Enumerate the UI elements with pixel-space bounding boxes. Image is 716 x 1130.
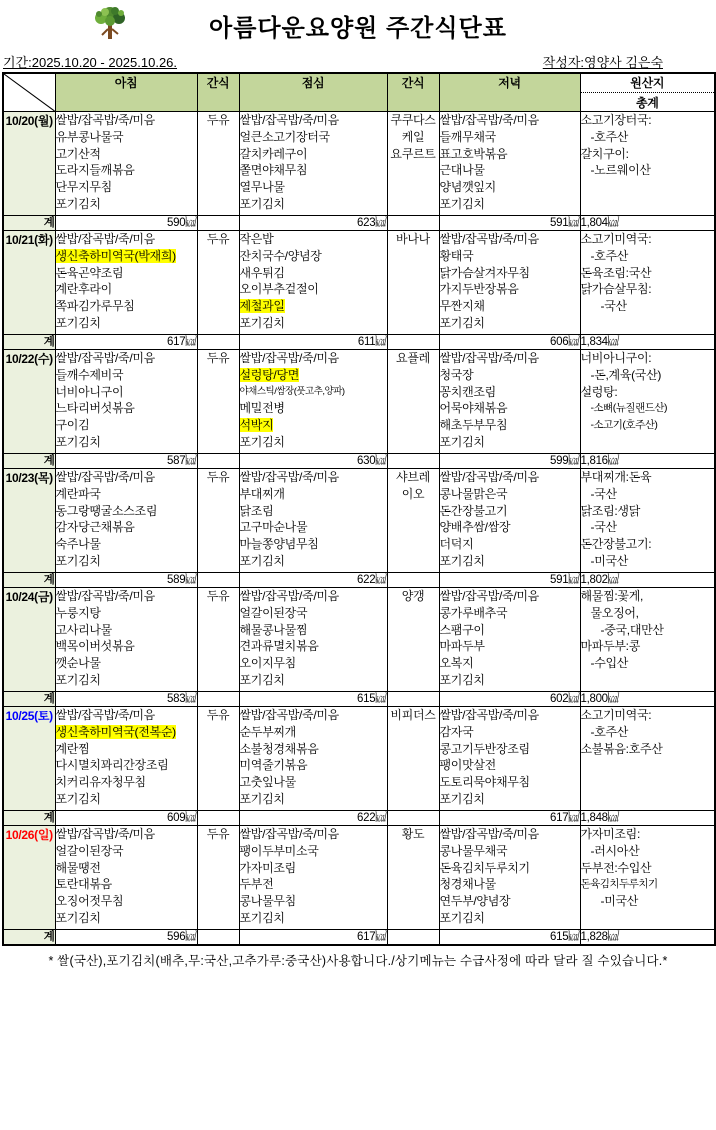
- dinner-item: 돈간장불고기: [440, 503, 580, 520]
- lunch-cell: 작은밥잔치국수/양념장새우튀김오이부추겉절이제철과일포기김치: [239, 231, 387, 335]
- empty-cell: [387, 335, 439, 350]
- snack-am-item: 두유: [198, 112, 239, 129]
- snack-am-cell: 두유: [197, 826, 239, 930]
- lunch-item: 닭조림: [240, 503, 387, 520]
- total-kcal: 1,848㎉: [580, 811, 715, 826]
- date-cell: 10/26(일): [3, 826, 55, 930]
- lunch-item: 포기김치: [240, 553, 387, 570]
- lunch-item: 쌀밥/잡곡밥/죽/미음: [240, 350, 387, 367]
- date-cell: 10/25(토): [3, 707, 55, 811]
- origin-item: -국산: [581, 519, 715, 536]
- origin-cell: 가자미조림:-러시아산두부전:수입산돈육김치두루치기-미국산: [580, 826, 715, 930]
- breakfast-item: 해물땡전: [56, 860, 197, 877]
- sum-row-10/22(수): 계587㎉630㎉599㎉1,816㎉: [3, 454, 715, 469]
- dinner-item: 더덕지: [440, 536, 580, 553]
- breakfast-kcal: 617㎉: [55, 335, 197, 350]
- origin-item: -호주산: [581, 248, 715, 265]
- breakfast-item: 고사리나물: [56, 622, 197, 639]
- breakfast-item: 쌀밥/잡곡밥/죽/미음: [56, 350, 197, 367]
- origin-item: 닭가슴살무침:: [581, 281, 715, 298]
- empty-cell: [197, 454, 239, 469]
- snack-pm-item: 양갱: [388, 588, 439, 605]
- breakfast-kcal: 589㎉: [55, 573, 197, 588]
- snack-am-item: 두유: [198, 350, 239, 367]
- lunch-item: 고구마순나물: [240, 519, 387, 536]
- dinner-item: 쌀밥/잡곡밥/죽/미음: [440, 231, 580, 248]
- origin-item: 물오징어,: [581, 605, 715, 622]
- breakfast-item: 단무지무침: [56, 179, 197, 196]
- dinner-item: 콩가루배추국: [440, 605, 580, 622]
- lunch-item: 포기김치: [240, 672, 387, 689]
- empty-cell: [197, 216, 239, 231]
- breakfast-item: 얼갈이된장국: [56, 843, 197, 860]
- dinner-item: 오복지: [440, 655, 580, 672]
- meal-plan-page: 아름다운요양원 주간식단표 기간:2025.10.20 - 2025.10.26…: [0, 0, 716, 1130]
- lunch-item: 콩나물무침: [240, 893, 387, 910]
- origin-item: -소고기(호주산): [581, 417, 715, 434]
- dinner-cell: 쌀밥/잡곡밥/죽/미음들깨무채국표고호박볶음근대나물양념깻잎지포기김치: [439, 112, 580, 216]
- lunch-item: 야채스틱/쌈장(풋고추,양파): [240, 384, 387, 401]
- day-row-10/25(토): 10/25(토)쌀밥/잡곡밥/죽/미음생신축하미역국(전복순)계란찜다시멸치꽈리…: [3, 707, 715, 811]
- dinner-item: 스팸구이: [440, 622, 580, 639]
- lunch-item: 팽이두부미소국: [240, 843, 387, 860]
- dinner-cell: 쌀밥/잡곡밥/죽/미음콩나물무채국돈육김치두루치기청경채나물연두부/양념장포기김…: [439, 826, 580, 930]
- breakfast-item: 포기김치: [56, 315, 197, 332]
- lunch-item: 오이지무침: [240, 655, 387, 672]
- origin-header-label: 원산지: [581, 74, 715, 93]
- origin-item: 설렁탕:: [581, 384, 715, 401]
- origin-item: 두부전:수입산: [581, 860, 715, 877]
- column-header-breakfast: 아침: [55, 73, 197, 112]
- dinner-item: 쌀밥/잡곡밥/죽/미음: [440, 707, 580, 724]
- empty-cell: [387, 573, 439, 588]
- dinner-item: 들깨무채국: [440, 129, 580, 146]
- breakfast-item: 유부콩나물국: [56, 129, 197, 146]
- column-header-snack-pm: 간식: [387, 73, 439, 112]
- column-header-dinner: 저녁: [439, 73, 580, 112]
- breakfast-kcal: 609㎉: [55, 811, 197, 826]
- dinner-item: 포기김치: [440, 315, 580, 332]
- breakfast-item: 도라지들깨볶음: [56, 162, 197, 179]
- lunch-item: 열무나물: [240, 179, 387, 196]
- origin-item: -소뼈(뉴질랜드산): [581, 400, 715, 417]
- breakfast-item: 토란대볶음: [56, 876, 197, 893]
- dinner-item: 표고호박볶음: [440, 146, 580, 163]
- dinner-item: 콩고기두반장조림: [440, 741, 580, 758]
- origin-cell: 부대찌개:돈육-국산닭조림:생닭-국산돈간장불고기:-미국산: [580, 469, 715, 573]
- origin-item: -국산: [581, 298, 715, 315]
- sum-row-10/24(금): 계583㎉615㎉602㎉1,800㎉: [3, 692, 715, 707]
- dinner-kcal: 617㎉: [439, 811, 580, 826]
- sum-label: 계: [3, 335, 55, 350]
- breakfast-item: 다시멸치꽈리간장조림: [56, 757, 197, 774]
- dinner-kcal: 602㎉: [439, 692, 580, 707]
- breakfast-cell: 쌀밥/잡곡밥/죽/미음생신축하미역국(전복순)계란찜다시멸치꽈리간장조림치커리유…: [55, 707, 197, 811]
- breakfast-item: 쪽파김가루무침: [56, 298, 197, 315]
- dinner-item: 쌀밥/잡곡밥/죽/미음: [440, 350, 580, 367]
- lunch-item: 미역줄기볶음: [240, 757, 387, 774]
- empty-cell: [387, 811, 439, 826]
- lunch-item: 석박지: [240, 417, 387, 434]
- lunch-cell: 쌀밥/잡곡밥/죽/미음부대찌개닭조림고구마순나물마늘쫑양념무침포기김치: [239, 469, 387, 573]
- lunch-cell: 쌀밥/잡곡밥/죽/미음설렁탕/당면야채스틱/쌈장(풋고추,양파)메밀전병석박지포…: [239, 350, 387, 454]
- snack-am-item: 두유: [198, 826, 239, 843]
- meta-row: 기간:2025.10.20 - 2025.10.26. 작성자:영양사 김은숙: [0, 52, 716, 71]
- breakfast-item: 감자당근채볶음: [56, 519, 197, 536]
- origin-item: 너비아니구이:: [581, 350, 715, 367]
- dinner-item: 어묵야채볶음: [440, 400, 580, 417]
- lunch-kcal: 623㎉: [239, 216, 387, 231]
- breakfast-item: 치커리유자청무침: [56, 774, 197, 791]
- lunch-item: 얼큰소고기장터국: [240, 129, 387, 146]
- breakfast-item: 너비아니구이: [56, 384, 197, 401]
- date-cell: 10/24(금): [3, 588, 55, 692]
- breakfast-item-highlight: 생신축하미역국(전복순): [56, 725, 176, 739]
- origin-item: 소고기장터국:: [581, 112, 715, 129]
- breakfast-item: 고기산적: [56, 146, 197, 163]
- day-row-10/22(수): 10/22(수)쌀밥/잡곡밥/죽/미음들깨수제비국너비아니구이느타리버섯볶음구이…: [3, 350, 715, 454]
- breakfast-item: 숙주나물: [56, 536, 197, 553]
- dinner-cell: 쌀밥/잡곡밥/죽/미음황태국닭가슴살겨자무침가지두반장볶음무짠지채포기김치: [439, 231, 580, 335]
- snack-pm-item: 황도: [388, 826, 439, 843]
- snack-pm-cell: 양갱: [387, 588, 439, 692]
- day-row-10/26(일): 10/26(일)쌀밥/잡곡밥/죽/미음얼갈이된장국해물땡전토란대볶음오징어젓무침…: [3, 826, 715, 930]
- author-label: 작성자:영양사 김은숙: [543, 52, 663, 71]
- sum-row-10/25(토): 계609㎉622㎉617㎉1,848㎉: [3, 811, 715, 826]
- column-header-snack-am: 간식: [197, 73, 239, 112]
- breakfast-item: 돈육곤약조림: [56, 265, 197, 282]
- breakfast-item: 계란후라이: [56, 281, 197, 298]
- lunch-kcal: 611㎉: [239, 335, 387, 350]
- lunch-cell: 쌀밥/잡곡밥/죽/미음순두부찌개소불청경채볶음미역줄기볶음고춧잎나물포기김치: [239, 707, 387, 811]
- sum-label: 계: [3, 454, 55, 469]
- dinner-item: 무짠지채: [440, 298, 580, 315]
- lunch-item-highlight: 설렁탕/당면: [240, 368, 300, 382]
- snack-pm-cell: 쿠쿠다스케일요쿠르트: [387, 112, 439, 216]
- origin-cell: 소고기미역국:-호주산돈육조림:국산닭가슴살무침:-국산: [580, 231, 715, 335]
- dinner-item: 포기김치: [440, 196, 580, 213]
- menu-table-body: 10/20(월)쌀밥/잡곡밥/죽/미음유부콩나물국고기산적도라지들깨볶음단무지무…: [3, 112, 715, 946]
- origin-item: -돈,계육(국산): [581, 367, 715, 384]
- breakfast-item: 포기김치: [56, 196, 197, 213]
- column-header-origin-total: 원산지 총계: [580, 73, 715, 112]
- date-cell: 10/21(화): [3, 231, 55, 335]
- breakfast-kcal: 590㎉: [55, 216, 197, 231]
- origin-cell: 너비아니구이:-돈,계육(국산)설렁탕:-소뼈(뉴질랜드산)-소고기(호주산): [580, 350, 715, 454]
- origin-item: 갈치구이:: [581, 146, 715, 163]
- lunch-kcal: 630㎉: [239, 454, 387, 469]
- day-row-10/21(화): 10/21(화)쌀밥/잡곡밥/죽/미음생신축하미역국(박재희)돈육곤약조림계란후…: [3, 231, 715, 335]
- total-kcal: 1,802㎉: [580, 573, 715, 588]
- dinner-item: 쌀밥/잡곡밥/죽/미음: [440, 588, 580, 605]
- lunch-item: 잔치국수/양념장: [240, 248, 387, 265]
- breakfast-item: 포기김치: [56, 434, 197, 451]
- snack-pm-item: 바나나: [388, 231, 439, 248]
- sum-label: 계: [3, 216, 55, 231]
- breakfast-item: 느타리버섯볶음: [56, 400, 197, 417]
- origin-item: 돈육조림:국산: [581, 265, 715, 282]
- snack-pm-item: 이오: [388, 486, 439, 503]
- origin-item: -수입산: [581, 655, 715, 672]
- lunch-item: 쌀밥/잡곡밥/죽/미음: [240, 469, 387, 486]
- empty-cell: [387, 216, 439, 231]
- sum-label: 계: [3, 811, 55, 826]
- breakfast-item: 포기김치: [56, 553, 197, 570]
- sum-row-10/21(화): 계617㎉611㎉606㎉1,834㎉: [3, 335, 715, 350]
- breakfast-item: 계란파국: [56, 486, 197, 503]
- lunch-item: 포기김치: [240, 315, 387, 332]
- total-header-label: 총계: [581, 93, 715, 111]
- breakfast-item: 쌀밥/잡곡밥/죽/미음: [56, 707, 197, 724]
- breakfast-item: 쌀밥/잡곡밥/죽/미음: [56, 112, 197, 129]
- breakfast-item: 오징어젓무침: [56, 893, 197, 910]
- lunch-item-highlight: 제철과일: [240, 299, 285, 313]
- diagonal-line: [4, 74, 55, 111]
- lunch-cell: 쌀밥/잡곡밥/죽/미음얼큰소고기장터국갈치카레구이쫄면야채무침열무나물포기김치: [239, 112, 387, 216]
- breakfast-item: 포기김치: [56, 791, 197, 808]
- total-kcal: 1,804㎉: [580, 216, 715, 231]
- diagonal-header-cell: [3, 73, 55, 112]
- dinner-item: 콩나물맑은국: [440, 486, 580, 503]
- origin-item: 소고기미역국:: [581, 231, 715, 248]
- sum-label: 계: [3, 573, 55, 588]
- lunch-item: 쌀밥/잡곡밥/죽/미음: [240, 826, 387, 843]
- breakfast-item: 쌀밥/잡곡밥/죽/미음: [56, 826, 197, 843]
- origin-item: 돈간장불고기:: [581, 536, 715, 553]
- breakfast-cell: 쌀밥/잡곡밥/죽/미음얼갈이된장국해물땡전토란대볶음오징어젓무침포기김치: [55, 826, 197, 930]
- lunch-item: 얼갈이된장국: [240, 605, 387, 622]
- breakfast-item: 생신축하미역국(전복순): [56, 724, 197, 741]
- dinner-item: 포기김치: [440, 791, 580, 808]
- dinner-item: 포기김치: [440, 910, 580, 927]
- lunch-item: 설렁탕/당면: [240, 367, 387, 384]
- dinner-kcal: 599㎉: [439, 454, 580, 469]
- dinner-kcal: 591㎉: [439, 216, 580, 231]
- date-cell: 10/20(월): [3, 112, 55, 216]
- breakfast-item: 쌀밥/잡곡밥/죽/미음: [56, 588, 197, 605]
- dinner-cell: 쌀밥/잡곡밥/죽/미음청국장꽁치캔조림어묵야채볶음해초두부무침포기김치: [439, 350, 580, 454]
- snack-pm-cell: 비피더스: [387, 707, 439, 811]
- origin-cell: 소고기장터국:-호주산갈치구이:-노르웨이산: [580, 112, 715, 216]
- dinner-kcal: 591㎉: [439, 573, 580, 588]
- breakfast-item: 구이김: [56, 417, 197, 434]
- dinner-item: 콩나물무채국: [440, 843, 580, 860]
- lunch-cell: 쌀밥/잡곡밥/죽/미음팽이두부미소국가자미조림두부전콩나물무침포기김치: [239, 826, 387, 930]
- origin-item: -미국산: [581, 893, 715, 910]
- snack-am-cell: 두유: [197, 469, 239, 573]
- origin-item: -중국,대만산: [581, 622, 715, 639]
- empty-cell: [387, 930, 439, 946]
- lunch-item: 견과류멸치볶음: [240, 638, 387, 655]
- origin-item: 마파두부:콩: [581, 638, 715, 655]
- lunch-item: 포기김치: [240, 196, 387, 213]
- snack-pm-cell: 황도: [387, 826, 439, 930]
- lunch-item: 해물콩나물찜: [240, 622, 387, 639]
- empty-cell: [197, 573, 239, 588]
- lunch-item: 작은밥: [240, 231, 387, 248]
- day-row-10/24(금): 10/24(금)쌀밥/잡곡밥/죽/미음누룽지탕고사리나물백목이버섯볶음깻순나물포…: [3, 588, 715, 692]
- snack-pm-cell: 바나나: [387, 231, 439, 335]
- dinner-item: 도토리묵야채무침: [440, 774, 580, 791]
- snack-am-cell: 두유: [197, 231, 239, 335]
- lunch-item: 소불청경채볶음: [240, 741, 387, 758]
- breakfast-item: 들깨수제비국: [56, 367, 197, 384]
- breakfast-item: 쌀밥/잡곡밥/죽/미음: [56, 469, 197, 486]
- lunch-item: 쌀밥/잡곡밥/죽/미음: [240, 588, 387, 605]
- dinner-item: 돈육김치두루치기: [440, 860, 580, 877]
- lunch-item: 제철과일: [240, 298, 387, 315]
- origin-item: 부대찌개:돈육: [581, 469, 715, 486]
- lunch-kcal: 617㎉: [239, 930, 387, 946]
- snack-am-cell: 두유: [197, 588, 239, 692]
- dinner-item: 양념깻잎지: [440, 179, 580, 196]
- dinner-item: 황태국: [440, 248, 580, 265]
- sum-row-10/23(목): 계589㎉622㎉591㎉1,802㎉: [3, 573, 715, 588]
- dinner-item: 가지두반장볶음: [440, 281, 580, 298]
- snack-am-cell: 두유: [197, 350, 239, 454]
- origin-item: -국산: [581, 486, 715, 503]
- snack-pm-item: 샤브레: [388, 469, 439, 486]
- header-row: 아침 간식 점심 간식 저녁 원산지 총계: [3, 73, 715, 112]
- dinner-item: 감자국: [440, 724, 580, 741]
- total-kcal: 1,816㎉: [580, 454, 715, 469]
- dinner-item: 꽁치캔조림: [440, 384, 580, 401]
- origin-item: 해물찜:꽃게,: [581, 588, 715, 605]
- lunch-item: 쌀밥/잡곡밥/죽/미음: [240, 707, 387, 724]
- sum-row-10/20(월): 계590㎉623㎉591㎉1,804㎉: [3, 216, 715, 231]
- date-cell: 10/23(목): [3, 469, 55, 573]
- lunch-item: 두부전: [240, 876, 387, 893]
- dinner-kcal: 615㎉: [439, 930, 580, 946]
- title-bar: 아름다운요양원 주간식단표: [0, 0, 716, 50]
- dinner-cell: 쌀밥/잡곡밥/죽/미음콩가루배추국스팸구이마파두부오복지포기김치: [439, 588, 580, 692]
- period-label: 기간:2025.10.20 - 2025.10.26.: [3, 52, 177, 71]
- breakfast-kcal: 596㎉: [55, 930, 197, 946]
- breakfast-cell: 쌀밥/잡곡밥/죽/미음누룽지탕고사리나물백목이버섯볶음깻순나물포기김치: [55, 588, 197, 692]
- snack-am-item: 두유: [198, 231, 239, 248]
- lunch-kcal: 615㎉: [239, 692, 387, 707]
- breakfast-item: 누룽지탕: [56, 605, 197, 622]
- breakfast-kcal: 587㎉: [55, 454, 197, 469]
- lunch-item: 갈치카레구이: [240, 146, 387, 163]
- snack-pm-cell: 샤브레이오: [387, 469, 439, 573]
- empty-cell: [197, 930, 239, 946]
- dinner-cell: 쌀밥/잡곡밥/죽/미음콩나물맑은국돈간장불고기양배추쌈/쌈장더덕지포기김치: [439, 469, 580, 573]
- dinner-item: 근대나물: [440, 162, 580, 179]
- origin-item: -노르웨이산: [581, 162, 715, 179]
- origin-item: 돈육김치두루치기: [581, 876, 715, 893]
- breakfast-cell: 쌀밥/잡곡밥/죽/미음생신축하미역국(박재희)돈육곤약조림계란후라이쪽파김가루무…: [55, 231, 197, 335]
- dinner-item: 마파두부: [440, 638, 580, 655]
- dinner-item: 닭가슴살겨자무침: [440, 265, 580, 282]
- lunch-item: 고춧잎나물: [240, 774, 387, 791]
- lunch-item: 쌀밥/잡곡밥/죽/미음: [240, 112, 387, 129]
- origin-item: -미국산: [581, 553, 715, 570]
- snack-pm-item: 요쿠르트: [388, 146, 439, 163]
- page-title: 아름다운요양원 주간식단표: [0, 8, 716, 43]
- dinner-item: 팽이맛살전: [440, 757, 580, 774]
- lunch-kcal: 622㎉: [239, 811, 387, 826]
- breakfast-cell: 쌀밥/잡곡밥/죽/미음유부콩나물국고기산적도라지들깨볶음단무지무침포기김치: [55, 112, 197, 216]
- origin-cell: 해물찜:꽃게,물오징어,-중국,대만산마파두부:콩-수입산: [580, 588, 715, 692]
- dinner-item: 연두부/양념장: [440, 893, 580, 910]
- breakfast-item: 생신축하미역국(박재희): [56, 248, 197, 265]
- breakfast-item: 계란찜: [56, 741, 197, 758]
- lunch-cell: 쌀밥/잡곡밥/죽/미음얼갈이된장국해물콩나물찜견과류멸치볶음오이지무침포기김치: [239, 588, 387, 692]
- origin-cell: 소고기미역국:-호주산소불볶음:호주산: [580, 707, 715, 811]
- lunch-item: 메밀전병: [240, 400, 387, 417]
- empty-cell: [387, 454, 439, 469]
- origin-item: 소불볶음:호주산: [581, 741, 715, 758]
- sum-row-10/26(일): 계596㎉617㎉615㎉1,828㎉: [3, 930, 715, 946]
- dinner-item: 쌀밥/잡곡밥/죽/미음: [440, 826, 580, 843]
- day-row-10/20(월): 10/20(월)쌀밥/잡곡밥/죽/미음유부콩나물국고기산적도라지들깨볶음단무지무…: [3, 112, 715, 216]
- dinner-kcal: 606㎉: [439, 335, 580, 350]
- breakfast-item: 포기김치: [56, 672, 197, 689]
- sum-label: 계: [3, 692, 55, 707]
- snack-pm-cell: 요플레: [387, 350, 439, 454]
- lunch-item: 오이부추겉절이: [240, 281, 387, 298]
- lunch-kcal: 622㎉: [239, 573, 387, 588]
- breakfast-kcal: 583㎉: [55, 692, 197, 707]
- breakfast-cell: 쌀밥/잡곡밥/죽/미음들깨수제비국너비아니구이느타리버섯볶음구이김포기김치: [55, 350, 197, 454]
- snack-pm-item: 케일: [388, 129, 439, 146]
- lunch-item: 마늘쫑양념무침: [240, 536, 387, 553]
- date-cell: 10/22(수): [3, 350, 55, 454]
- dinner-item: 쌀밥/잡곡밥/죽/미음: [440, 469, 580, 486]
- snack-am-cell: 두유: [197, 707, 239, 811]
- dinner-item: 청국장: [440, 367, 580, 384]
- sum-label: 계: [3, 930, 55, 946]
- breakfast-item: 동그랑땡굴소스조림: [56, 503, 197, 520]
- origin-item: 가자미조림:: [581, 826, 715, 843]
- origin-item: 닭조림:생닭: [581, 503, 715, 520]
- lunch-item: 포기김치: [240, 791, 387, 808]
- snack-pm-item: 요플레: [388, 350, 439, 367]
- lunch-item-highlight: 석박지: [240, 418, 274, 432]
- origin-item: -러시아산: [581, 843, 715, 860]
- meal-plan-table: 아침 간식 점심 간식 저녁 원산지 총계 10/20(월)쌀밥/잡곡밥/죽/미…: [2, 72, 716, 946]
- empty-cell: [197, 811, 239, 826]
- snack-am-item: 두유: [198, 588, 239, 605]
- empty-cell: [197, 692, 239, 707]
- snack-pm-item: 비피더스: [388, 707, 439, 724]
- breakfast-item: 백목이버섯볶음: [56, 638, 197, 655]
- dinner-cell: 쌀밥/잡곡밥/죽/미음감자국콩고기두반장조림팽이맛살전도토리묵야채무침포기김치: [439, 707, 580, 811]
- snack-am-item: 두유: [198, 707, 239, 724]
- snack-pm-item: 쿠쿠다스: [388, 112, 439, 129]
- dinner-item: 포기김치: [440, 434, 580, 451]
- breakfast-item: 깻순나물: [56, 655, 197, 672]
- total-kcal: 1,834㎉: [580, 335, 715, 350]
- lunch-item: 부대찌개: [240, 486, 387, 503]
- empty-cell: [387, 692, 439, 707]
- lunch-item: 쫄면야채무침: [240, 162, 387, 179]
- origin-item: -호주산: [581, 129, 715, 146]
- lunch-item: 새우튀김: [240, 265, 387, 282]
- dinner-item: 양배추쌈/쌈장: [440, 519, 580, 536]
- total-kcal: 1,800㎉: [580, 692, 715, 707]
- footer-note: * 쌀(국산),포기김치(배추,무:국산,고추가루:중국산)사용합니다./상기메…: [0, 951, 716, 969]
- dinner-item: 청경채나물: [440, 876, 580, 893]
- breakfast-item: 쌀밥/잡곡밥/죽/미음: [56, 231, 197, 248]
- breakfast-item: 포기김치: [56, 910, 197, 927]
- dinner-item: 포기김치: [440, 672, 580, 689]
- lunch-item: 포기김치: [240, 910, 387, 927]
- origin-item: 소고기미역국:: [581, 707, 715, 724]
- total-kcal: 1,828㎉: [580, 930, 715, 946]
- lunch-item: 포기김치: [240, 434, 387, 451]
